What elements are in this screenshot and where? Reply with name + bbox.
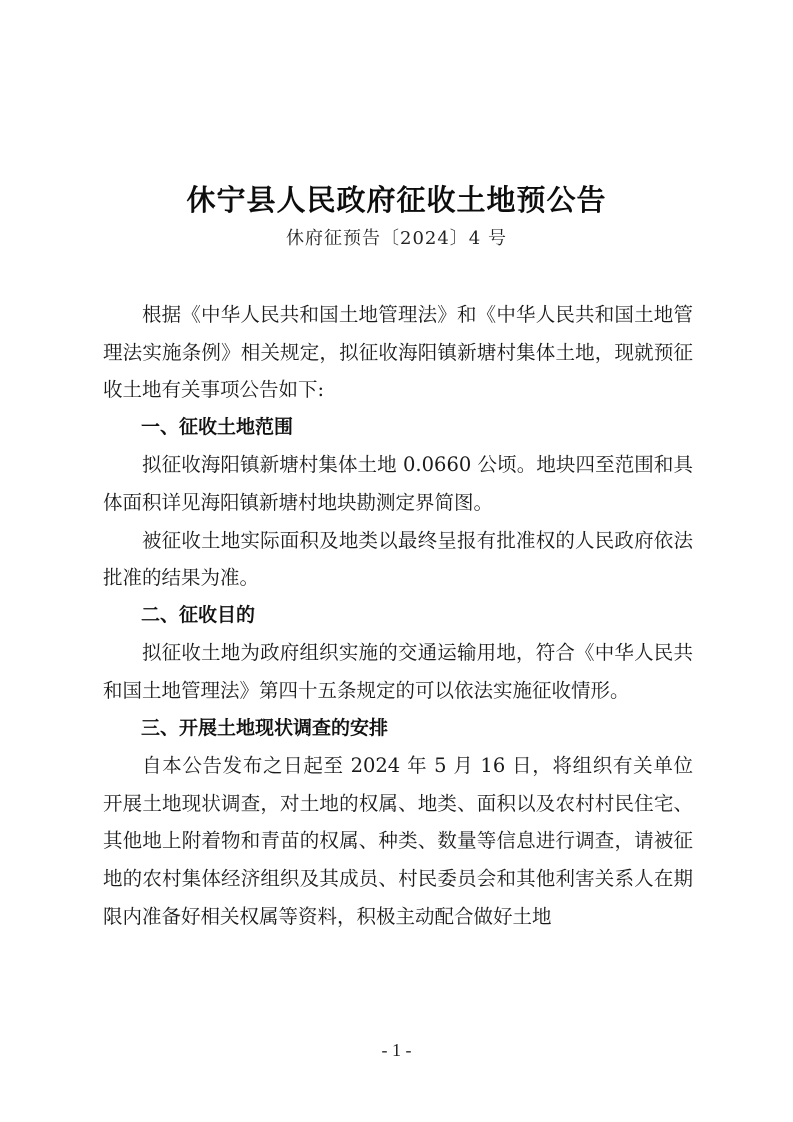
intro-paragraph: 根据《中华人民共和国土地管理法》和《中华人民共和国土地管理法实施条例》相关规定，… xyxy=(103,296,693,409)
scope-paragraph-1: 拟征收海阳镇新塘村集体土地 0.0660 公顷。地块四至范围和具体面积详见海阳镇… xyxy=(103,446,693,521)
section-heading-survey: 三、开展土地现状调查的安排 xyxy=(103,710,693,748)
document-number: 休府征预告〔2024〕4 号 xyxy=(0,224,793,250)
scope-paragraph-2: 被征收土地实际面积及地类以最终呈报有批准权的人民政府依法批准的结果为准。 xyxy=(103,522,693,597)
section-heading-purpose: 二、征收目的 xyxy=(103,597,693,635)
document-page: 休宁县人民政府征收土地预公告 休府征预告〔2024〕4 号 根据《中华人民共和国… xyxy=(0,0,793,1122)
section-heading-scope: 一、征收土地范围 xyxy=(103,409,693,447)
document-body: 根据《中华人民共和国土地管理法》和《中华人民共和国土地管理法实施条例》相关规定，… xyxy=(103,296,693,935)
purpose-paragraph: 拟征收土地为政府组织实施的交通运输用地，符合《中华人民共和国土地管理法》第四十五… xyxy=(103,634,693,709)
survey-paragraph: 自本公告发布之日起至 2024 年 5 月 16 日，将组织有关单位开展土地现状… xyxy=(103,747,693,935)
document-title: 休宁县人民政府征收土地预公告 xyxy=(0,178,793,219)
page-number: - 1 - xyxy=(0,1040,793,1061)
